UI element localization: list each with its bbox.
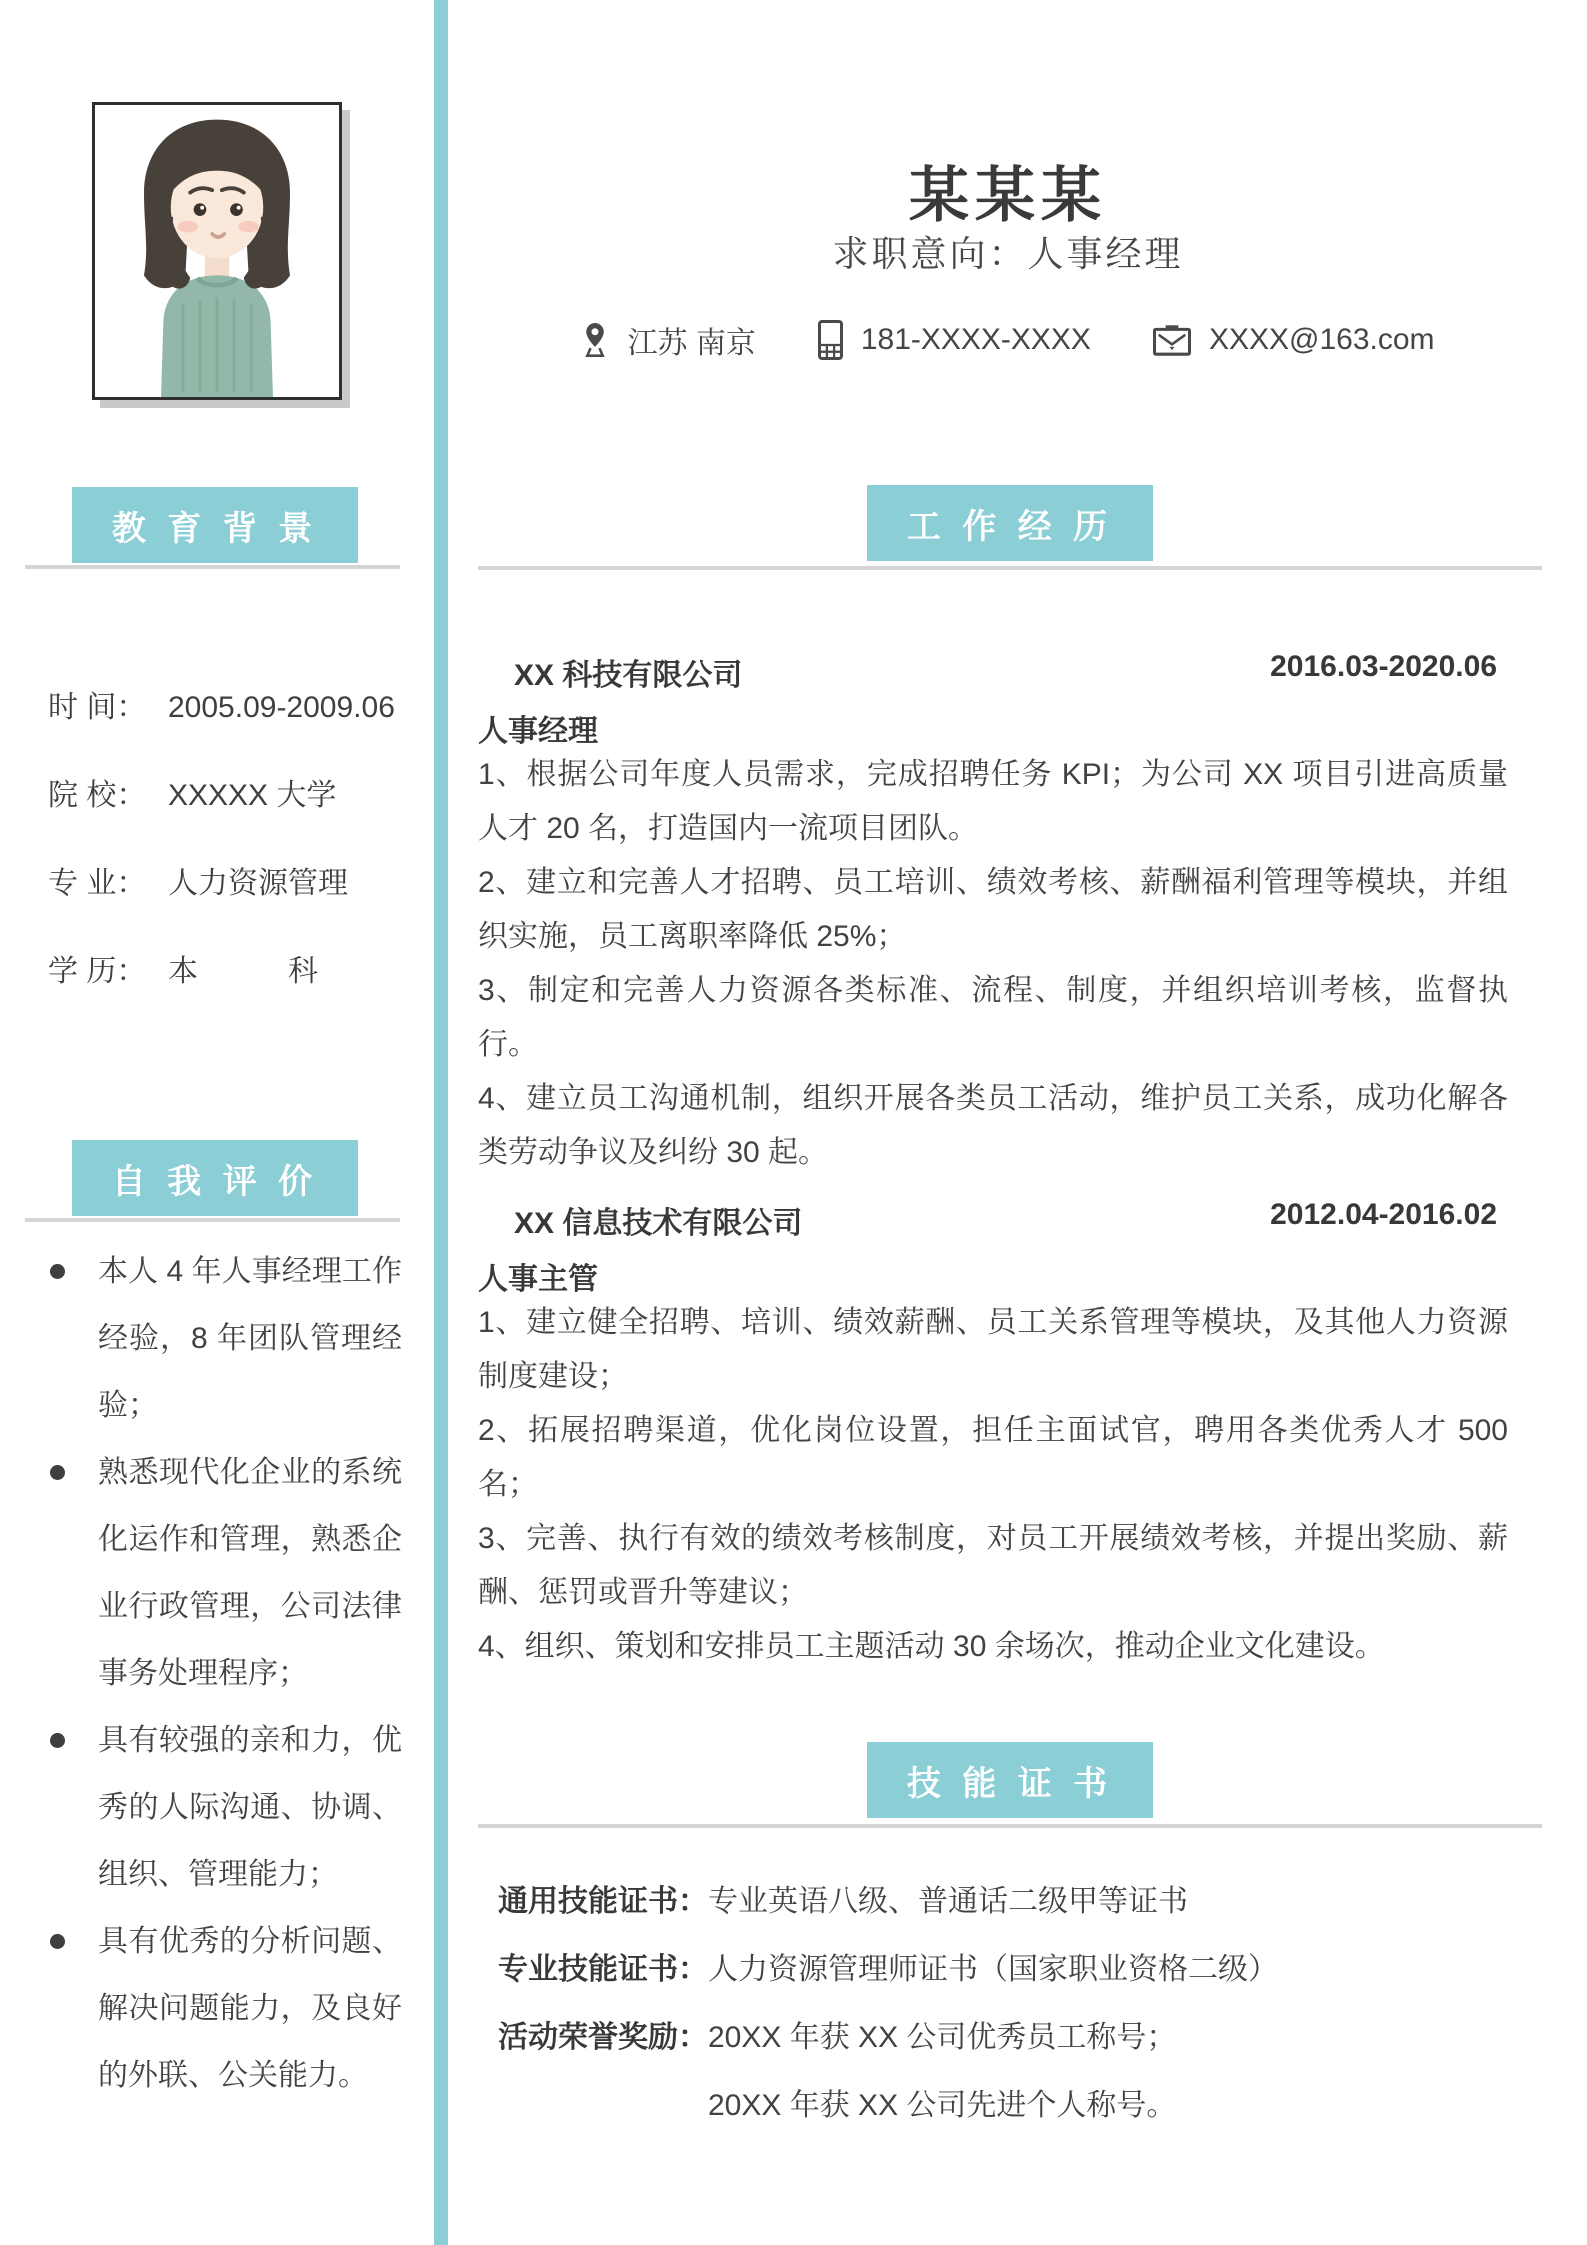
job-description: 1、根据公司年度人员需求，完成招聘任务 KPI；为公司 XX 项目引进高质量人才… — [478, 748, 1508, 1180]
job-header: XX 信息技术有限公司 2012.04-2016.02 — [478, 1198, 1497, 1242]
education-value: 2005.09-2009.06 — [168, 691, 395, 724]
job-description-item: 4、组织、策划和安排员工主题活动 30 余场次，推动企业文化建设。 — [478, 1620, 1508, 1674]
skill-label — [498, 2088, 708, 2124]
education-divider-line — [25, 565, 400, 569]
list-item: 具有优秀的分析问题、解决问题能力，及良好的外联、公关能力。 — [48, 1908, 402, 2109]
bullet-dot-icon — [50, 1465, 65, 1480]
education-row-school: 院 校：XXXXX 大学 — [48, 770, 404, 814]
job-description-item: 3、完善、执行有效的绩效考核制度，对员工开展绩效考核，并提出奖励、薪酬、惩罚或晋… — [478, 1512, 1508, 1620]
education-label: 时 间： — [48, 682, 168, 726]
company-name: XX 信息技术有限公司 — [514, 1198, 802, 1242]
contact-email-text: XXXX@163.com — [1209, 323, 1435, 357]
contact-location: 江苏 南京 — [581, 318, 755, 362]
job-header: XX 科技有限公司 2016.03-2020.06 — [478, 650, 1497, 694]
bullet-dot-icon — [50, 1934, 65, 1949]
job-description-item: 4、建立员工沟通机制，组织开展各类员工活动，维护员工关系，成功化解各类劳动争议及… — [478, 1072, 1508, 1180]
education-section-header: 教 育 背 景 — [72, 487, 358, 563]
vertical-accent-divider — [434, 0, 448, 2245]
list-item: 具有较强的亲和力，优秀的人际沟通、协调、组织、管理能力； — [48, 1707, 402, 1908]
education-value: 人力资源管理 — [168, 867, 348, 900]
skill-row-general: 通用技能证书： 专业英语八级、普通话二级甲等证书 — [498, 1884, 1518, 1920]
self-evaluation-text: 熟悉现代化企业的系统化运作和管理，熟悉企业行政管理，公司法律事务处理程序； — [98, 1456, 402, 1690]
education-row-major: 专 业：人力资源管理 — [48, 858, 404, 902]
job-role: 人事主管 — [478, 1254, 598, 1298]
skill-label: 专业技能证书： — [498, 1952, 708, 1988]
contact-phone-text: 181-XXXX-XXXX — [861, 323, 1091, 357]
skills-divider-line — [478, 1824, 1542, 1828]
job-description-item: 2、建立和完善人才招聘、员工培训、绩效考核、薪酬福利管理等模块，并组织实施，员工… — [478, 856, 1508, 964]
skill-row-honors-continued: 20XX 年获 XX 公司先进个人称号。 — [498, 2088, 1518, 2124]
self-evaluation-text: 本人 4 年人事经理工作经验，8 年团队管理经验； — [98, 1255, 402, 1422]
work-experience-section-title: 工 作 经 历 — [907, 499, 1113, 548]
education-value: XXXXX 大学 — [168, 779, 336, 812]
profile-photo — [92, 102, 342, 400]
education-label: 学 历： — [48, 946, 168, 990]
skill-label: 通用技能证书： — [498, 1884, 708, 1920]
avatar-illustration — [95, 105, 339, 397]
list-item: 熟悉现代化企业的系统化运作和管理，熟悉企业行政管理，公司法律事务处理程序； — [48, 1439, 402, 1707]
company-name: XX 科技有限公司 — [514, 650, 742, 694]
candidate-name: 某某某 — [448, 148, 1568, 234]
job-description-item: 3、制定和完善人力资源各类标准、流程、制度，并组织培训考核，监督执行。 — [478, 964, 1508, 1072]
education-details: 时 间：2005.09-2009.06 院 校：XXXXX 大学 专 业：人力资… — [48, 682, 404, 1034]
contact-email: XXXX@163.com — [1153, 323, 1435, 357]
skills-list: 通用技能证书： 专业英语八级、普通话二级甲等证书 专业技能证书： 人力资源管理师… — [498, 1884, 1518, 2156]
education-row-degree: 学 历：本 科 — [48, 946, 404, 990]
skills-section-header: 技 能 证 书 — [867, 1742, 1153, 1818]
skill-row-professional: 专业技能证书： 人力资源管理师证书（国家职业资格二级） — [498, 1952, 1518, 1988]
bullet-dot-icon — [50, 1264, 65, 1279]
education-value: 本 科 — [168, 955, 318, 988]
self-evaluation-list: 本人 4 年人事经理工作经验，8 年团队管理经验； 熟悉现代化企业的系统化运作和… — [48, 1238, 402, 2109]
bullet-dot-icon — [50, 1733, 65, 1748]
self-evaluation-text: 具有较强的亲和力，优秀的人际沟通、协调、组织、管理能力； — [98, 1724, 402, 1891]
skill-row-honors: 活动荣誉奖励： 20XX 年获 XX 公司优秀员工称号； — [498, 2020, 1518, 2056]
envelope-icon — [1153, 325, 1191, 356]
skill-value: 20XX 年获 XX 公司优秀员工称号； — [708, 2020, 1176, 2056]
job-role: 人事经理 — [478, 706, 598, 750]
job-description-item: 1、建立健全招聘、培训、绩效薪酬、员工关系管理等模块，及其他人力资源制度建设； — [478, 1296, 1508, 1404]
education-label: 院 校： — [48, 770, 168, 814]
self-evaluation-section-title: 自 我 评 价 — [112, 1154, 318, 1203]
self-evaluation-section-header: 自 我 评 价 — [72, 1140, 358, 1216]
job-description: 1、建立健全招聘、培训、绩效薪酬、员工关系管理等模块，及其他人力资源制度建设； … — [478, 1296, 1508, 1674]
mobile-phone-icon — [818, 320, 843, 360]
skills-section-title: 技 能 证 书 — [907, 1756, 1113, 1805]
contact-phone: 181-XXXX-XXXX — [818, 320, 1091, 360]
location-pin-icon — [581, 322, 609, 359]
job-description-item: 2、拓展招聘渠道，优化岗位设置，担任主面试官，聘用各类优秀人才 500 名； — [478, 1404, 1508, 1512]
education-row-time: 时 间：2005.09-2009.06 — [48, 682, 404, 726]
job-period: 2012.04-2016.02 — [1270, 1198, 1497, 1242]
education-section-title: 教 育 背 景 — [112, 501, 318, 550]
job-period: 2016.03-2020.06 — [1270, 650, 1497, 694]
contact-location-text: 江苏 南京 — [627, 318, 755, 362]
work-experience-section-header: 工 作 经 历 — [867, 485, 1153, 561]
job-description-item: 1、根据公司年度人员需求，完成招聘任务 KPI；为公司 XX 项目引进高质量人才… — [478, 748, 1508, 856]
self-evaluation-text: 具有优秀的分析问题、解决问题能力，及良好的外联、公关能力。 — [98, 1925, 402, 2092]
skill-value: 20XX 年获 XX 公司先进个人称号。 — [708, 2088, 1176, 2124]
skill-value: 专业英语八级、普通话二级甲等证书 — [708, 1884, 1188, 1920]
work-experience-divider-line — [478, 566, 1542, 570]
skill-value: 人力资源管理师证书（国家职业资格二级） — [708, 1952, 1278, 1988]
job-objective: 求职意向：人事经理 — [448, 226, 1568, 277]
self-evaluation-divider-line — [25, 1218, 400, 1222]
list-item: 本人 4 年人事经理工作经验，8 年团队管理经验； — [48, 1238, 402, 1439]
education-label: 专 业： — [48, 858, 168, 902]
contact-row: 江苏 南京 181-XXXX-XXXX XXXX@163.com — [448, 318, 1568, 362]
skill-label: 活动荣誉奖励： — [498, 2020, 708, 2056]
